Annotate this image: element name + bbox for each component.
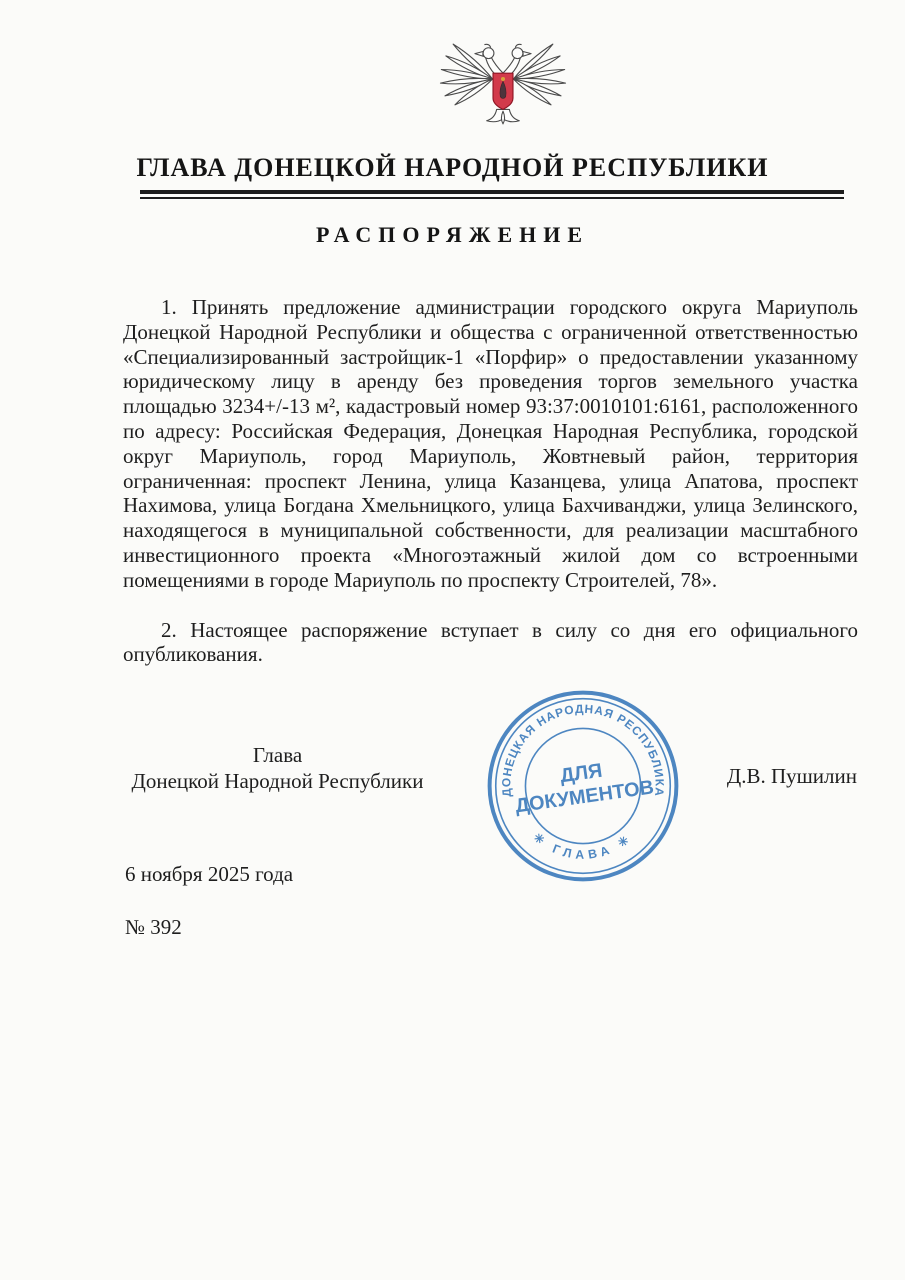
- header-divider: [140, 190, 844, 199]
- signer-position: Глава Донецкой Народной Республики: [120, 742, 435, 794]
- paragraph-1: 1. Принять предложение администрации гор…: [123, 295, 858, 593]
- dnr-coat-of-arms-icon: [435, 28, 571, 150]
- signer-position-line2: Донецкой Народной Республики: [120, 768, 435, 794]
- document-type-title: РАСПОРЯЖЕНИЕ: [85, 222, 820, 248]
- document-date: 6 ноября 2025 года: [125, 862, 293, 887]
- paragraph-2: 2. Настоящее распоряжение вступает в сил…: [123, 618, 858, 668]
- document-number: № 392: [125, 915, 182, 940]
- stamp-ring-text-bottom: ✳ ГЛАВА ✳: [531, 830, 636, 862]
- document-body: 1. Принять предложение администрации гор…: [123, 295, 858, 692]
- eagle-shield: [493, 73, 513, 109]
- org-title: ГЛАВА ДОНЕЦКОЙ НАРОДНОЙ РЕСПУБЛИКИ: [85, 153, 820, 183]
- signer-position-line1: Глава: [120, 742, 435, 768]
- signer-name: Д.В. Пушилин: [727, 764, 857, 789]
- eagle-tail-ornament: [487, 109, 520, 124]
- svg-text:✳ ГЛАВА ✳: ✳ ГЛАВА ✳: [531, 830, 636, 862]
- document-page: ГЛАВА ДОНЕЦКОЙ НАРОДНОЙ РЕСПУБЛИКИ РАСПО…: [0, 0, 905, 1280]
- official-stamp-icon: ДОНЕЦКАЯ НАРОДНАЯ РЕСПУБЛИКА ✳ ГЛАВА ✳ Д…: [480, 686, 686, 886]
